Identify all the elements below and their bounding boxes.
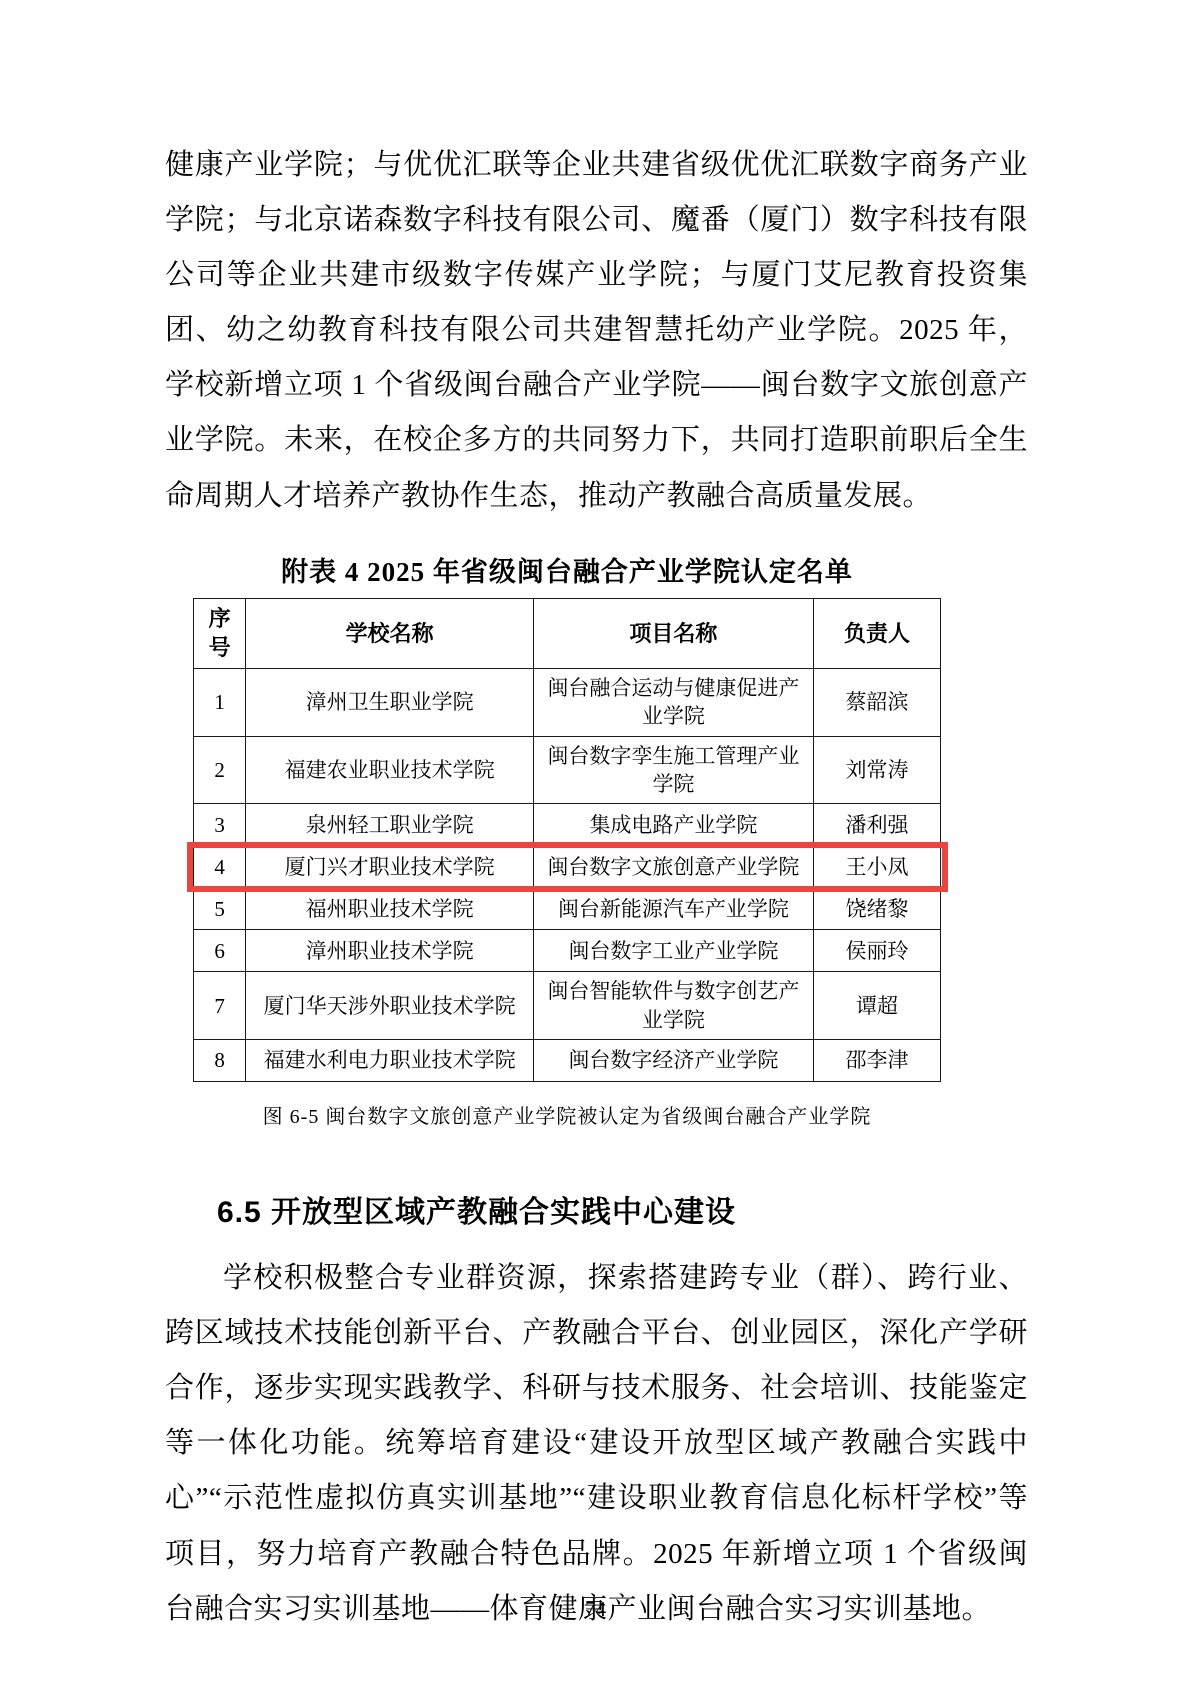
cell-project: 闽台数字文旅创意产业学院 (533, 846, 813, 888)
cell-school: 福建水利电力职业技术学院 (246, 1040, 534, 1082)
cell-seq: 7 (194, 972, 246, 1040)
cell-leader: 潘利强 (814, 804, 941, 846)
cell-school: 泉州轻工职业学院 (246, 804, 534, 846)
cell-project: 集成电路产业学院 (533, 804, 813, 846)
cell-project: 闽台数字经济产业学院 (533, 1040, 813, 1082)
cell-seq: 4 (194, 846, 246, 888)
table-title: 附表 4 2025 年省级闽台融合产业学院认定名单 (193, 550, 941, 589)
section-heading-6-5: 6.5 开放型区域产教融合实践中心建设 (217, 1187, 1028, 1231)
cell-seq: 3 (194, 804, 246, 846)
cell-seq: 5 (194, 888, 246, 930)
cell-leader: 饶绪黎 (814, 888, 941, 930)
table-row: 8福建水利电力职业技术学院闽台数字经济产业学院邵李津 (194, 1040, 941, 1082)
table-row: 2福建农业职业技术学院闽台数字孪生施工管理产业学院刘常涛 (194, 736, 941, 804)
cell-school: 福建农业职业技术学院 (246, 736, 534, 804)
table-row: 6漳州职业技术学院闽台数字工业产业学院侯丽玲 (194, 930, 941, 972)
cell-seq: 8 (194, 1040, 246, 1082)
cell-leader: 王小凤 (814, 846, 941, 888)
cell-school: 厦门华天涉外职业技术学院 (246, 972, 534, 1040)
table-row: 4厦门兴才职业技术学院闽台数字文旅创意产业学院王小凤 (194, 846, 941, 888)
table-header-row: 序号学校名称项目名称负责人 (194, 598, 941, 668)
cell-project: 闽台新能源汽车产业学院 (533, 888, 813, 930)
cell-school: 漳州卫生职业学院 (246, 669, 534, 737)
cell-school: 漳州职业技术学院 (246, 930, 534, 972)
provincial-college-roster-table: 序号学校名称项目名称负责人 1漳州卫生职业学院闽台融合运动与健康促进产业学院蔡韶… (193, 598, 941, 1082)
cell-seq: 1 (194, 669, 246, 737)
cell-project: 闽台数字工业产业学院 (533, 930, 813, 972)
cell-leader: 侯丽玲 (814, 930, 941, 972)
cell-seq: 2 (194, 736, 246, 804)
cell-leader: 邵李津 (814, 1040, 941, 1082)
column-header: 项目名称 (533, 598, 813, 668)
figure-caption: 图 6-5 闽台数字文旅创意产业学院被认定为省级闽台融合产业学院 (193, 1100, 941, 1129)
appendix-table-4: 附表 4 2025 年省级闽台融合产业学院认定名单 序号学校名称项目名称负责人 … (193, 550, 941, 1129)
table-row: 3泉州轻工职业学院集成电路产业学院潘利强 (194, 804, 941, 846)
table-row: 1漳州卫生职业学院闽台融合运动与健康促进产业学院蔡韶滨 (194, 669, 941, 737)
table-body: 1漳州卫生职业学院闽台融合运动与健康促进产业学院蔡韶滨2福建农业职业技术学院闽台… (194, 669, 941, 1082)
cell-seq: 6 (194, 930, 246, 972)
column-header: 负责人 (814, 598, 941, 668)
cell-project: 闽台数字孪生施工管理产业学院 (533, 736, 813, 804)
cell-school: 福州职业技术学院 (246, 888, 534, 930)
cell-leader: 蔡韶滨 (814, 669, 941, 737)
paragraph-practice-center: 学校积极整合专业群资源，探索搭建跨专业（群）、跨行业、跨区域技术技能创新平台、产… (165, 1251, 1028, 1637)
paragraph-industry-colleges: 健康产业学院；与优优汇联等企业共建省级优优汇联数字商务产业学院；与北京诺森数字科… (165, 138, 1028, 524)
page-number: 74 (0, 1597, 1191, 1622)
cell-project: 闽台智能软件与数字创艺产业学院 (533, 972, 813, 1040)
cell-leader: 谭超 (814, 972, 941, 1040)
document-page: 健康产业学院；与优优汇联等企业共建省级优优汇联数字商务产业学院；与北京诺森数字科… (0, 0, 1191, 1684)
cell-project: 闽台融合运动与健康促进产业学院 (533, 669, 813, 737)
column-header: 序号 (194, 598, 246, 668)
cell-leader: 刘常涛 (814, 736, 941, 804)
column-header: 学校名称 (246, 598, 534, 668)
table-row: 7厦门华天涉外职业技术学院闽台智能软件与数字创艺产业学院谭超 (194, 972, 941, 1040)
table-row: 5福州职业技术学院闽台新能源汽车产业学院饶绪黎 (194, 888, 941, 930)
cell-school: 厦门兴才职业技术学院 (246, 846, 534, 888)
